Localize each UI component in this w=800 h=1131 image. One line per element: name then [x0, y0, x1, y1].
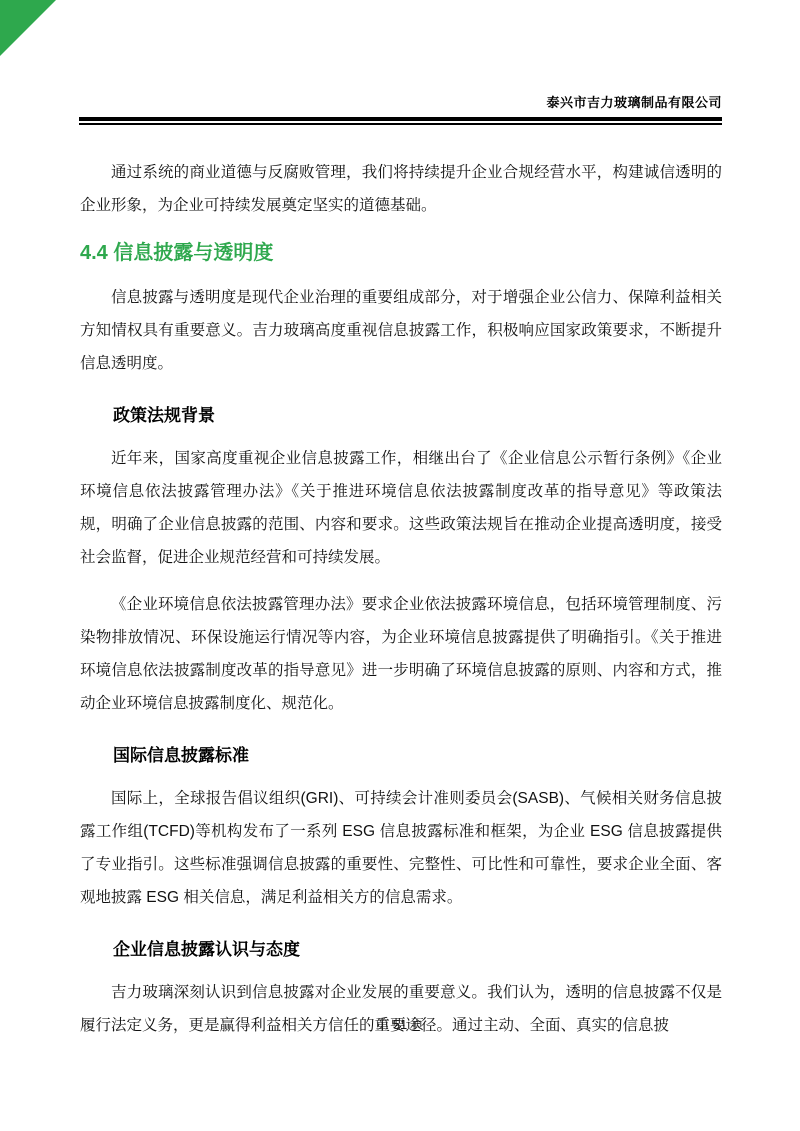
report-page: 泰兴市吉力玻璃制品有限公司 通过系统的商业道德与反腐败管理，我们将持续提升企业合… [0, 0, 800, 1131]
section-lead-paragraph: 信息披露与透明度是现代企业治理的重要组成部分，对于增强企业公信力、保障利益相关方… [80, 281, 722, 380]
international-standards-paragraph: 国际上，全球报告倡议组织(GRI)、可持续会计准则委员会(SASB)、气候相关财… [80, 782, 722, 914]
subsection-heading-policy-background: 政策法规背景 [80, 404, 722, 428]
intro-paragraph: 通过系统的商业道德与反腐败管理，我们将持续提升企业合规经营水平，构建诚信透明的企… [80, 156, 722, 222]
policy-paragraph-1: 近年来，国家高度重视企业信息披露工作，相继出台了《企业信息公示暂行条例》《企业环… [80, 442, 722, 574]
page-header: 泰兴市吉力玻璃制品有限公司 [79, 94, 722, 125]
page-content: 通过系统的商业道德与反腐败管理，我们将持续提升企业合规经营水平，构建诚信透明的企… [80, 146, 722, 1056]
subsection-heading-international-standards: 国际信息披露标准 [80, 744, 722, 768]
header-rule [79, 117, 722, 125]
page-footer: 第 51 页 [0, 1014, 800, 1033]
section-heading: 4.4 信息披露与透明度 [80, 240, 722, 267]
company-name: 泰兴市吉力玻璃制品有限公司 [79, 94, 722, 112]
corner-accent-triangle [0, 0, 56, 56]
policy-paragraph-2: 《企业环境信息依法披露管理办法》要求企业依法披露环境信息，包括环境管理制度、污染… [80, 588, 722, 720]
subsection-heading-company-attitude: 企业信息披露认识与态度 [80, 938, 722, 962]
page-number: 第 51 页 [376, 1017, 424, 1032]
